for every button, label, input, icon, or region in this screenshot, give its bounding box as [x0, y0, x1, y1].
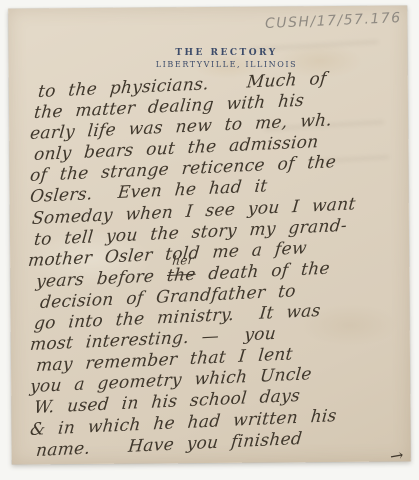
- page-turn-arrow-icon: →: [388, 445, 405, 466]
- handwritten-letter-body: to the physicians. Much of the matter de…: [28, 82, 403, 462]
- correction: herthe: [166, 265, 197, 288]
- letterhead: THE RECTORY LIBERTYVILLE, ILLINOIS: [0, 48, 419, 69]
- struck-word: the: [166, 265, 197, 286]
- inserted-word: her: [172, 254, 195, 267]
- letterhead-rectory: THE RECTORY: [34, 48, 419, 58]
